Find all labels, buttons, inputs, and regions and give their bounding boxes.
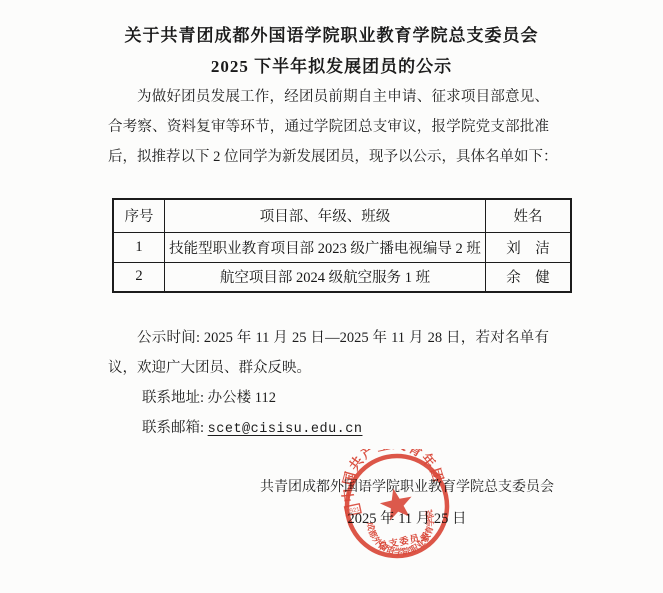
contact-address-label: 联系地址:: [142, 390, 208, 406]
contact-address-value: 办公楼 112: [208, 390, 276, 406]
cell-name: 刘 洁: [486, 232, 572, 262]
seal-bottom-text: 总支委员会: [378, 530, 432, 553]
cell-serial-number: 1: [113, 232, 165, 262]
body-line: 为做好团员发展工作，经团员前期自主申请、征求项目部意见、综: [108, 82, 549, 112]
contact-email-line: 联系邮箱: scet@cisisu.edu.cn: [142, 419, 362, 437]
document-date: 2025 年 11 月 25 日: [250, 511, 564, 527]
table-row: 1 技能型职业教育项目部 2023 级广播电视编导 2 班 刘 洁: [113, 232, 571, 262]
notice-paragraph: 公示时间: 2025 年 11 月 25 日—2025 年 11 月 28 日，…: [108, 323, 549, 383]
cell-department: 技能型职业教育项目部 2023 级广播电视编导 2 班: [165, 232, 486, 262]
doc-title-line2: 2025 下半年拟发展团员的公示: [0, 52, 663, 77]
cell-name: 余 健: [486, 262, 572, 292]
table-header-row: 序号 项目部、年级、班级 姓名: [113, 199, 571, 232]
signature-block: 共青团成都外国语学院职业教育学院总支委员会 2025 年 11 月 25 日: [250, 480, 564, 527]
contact-address-line: 联系地址: 办公楼 112: [142, 389, 276, 407]
cell-serial-number: 2: [113, 262, 165, 292]
body-paragraph: 为做好团员发展工作，经团员前期自主申请、征求项目部意见、综 合考察、资料复审等环…: [108, 82, 549, 172]
candidates-table: 序号 项目部、年级、班级 姓名 1 技能型职业教育项目部 2023 级广播电视编…: [112, 198, 572, 293]
table-row: 2 航空项目部 2024 级航空服务 1 班 余 健: [113, 262, 571, 292]
body-line: 后，拟推荐以下 2 位同学为新发展团员，现予以公示，具体名单如下：: [108, 142, 549, 172]
contact-email-value: scet@cisisu.edu.cn: [208, 422, 363, 437]
contact-email-label: 联系邮箱:: [142, 420, 208, 436]
doc-title-line1: 关于共青团成都外国语学院职业教育学院总支委员会: [0, 21, 663, 46]
issuing-organization-signature: 共青团成都外国语学院职业教育学院总支委员会: [250, 480, 564, 496]
header-name: 姓名: [486, 199, 572, 232]
notice-line: 议，欢迎广大团员、群众反映。: [108, 353, 549, 383]
scanned-notice-document: 关于共青团成都外国语学院职业教育学院总支委员会 2025 下半年拟发展团员的公示…: [0, 0, 663, 593]
header-serial-number: 序号: [113, 199, 165, 232]
header-department-grade-class: 项目部、年级、班级: [165, 199, 486, 232]
body-line: 合考察、资料复审等环节，通过学院团总支审议，报学院党支部批准: [108, 112, 549, 142]
cell-department: 航空项目部 2024 级航空服务 1 班: [165, 262, 486, 292]
notice-line: 公示时间: 2025 年 11 月 25 日—2025 年 11 月 28 日，…: [108, 323, 549, 353]
